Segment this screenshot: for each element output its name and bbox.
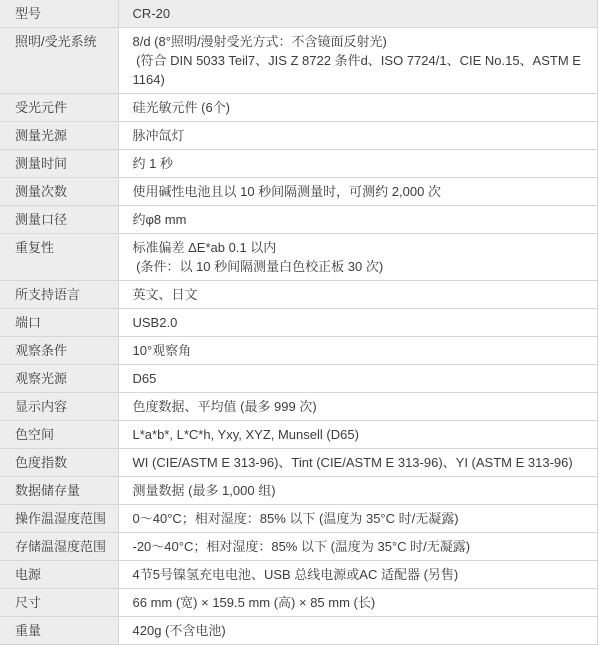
spec-value-line: D65 [133,369,586,388]
spec-label: 重量 [0,617,118,645]
spec-value: 4节5号镍氢充电电池、USB 总线电源或AC 适配器 (另售) [118,561,598,589]
spec-value: USB2.0 [118,309,598,337]
spec-value-line: 4节5号镍氢充电电池、USB 总线电源或AC 适配器 (另售) [133,565,586,584]
spec-value: 约 1 秒 [118,150,598,178]
spec-value: CR-20 [118,0,598,28]
table-row: 尺寸66 mm (宽) × 159.5 mm (高) × 85 mm (长) [0,589,598,617]
spec-value-line: 脉冲氙灯 [133,126,586,145]
spec-value-line: WI (CIE/ASTM E 313-96)、Tint (CIE/ASTM E … [133,453,586,472]
spec-label: 测量光源 [0,122,118,150]
table-row: 色度指数WI (CIE/ASTM E 313-96)、Tint (CIE/AST… [0,449,598,477]
spec-value: 0～40°C；相对湿度：85% 以下 (温度为 35°C 时/无凝露) [118,505,598,533]
table-row: 数据储存量测量数据 (最多 1,000 组) [0,477,598,505]
spec-value-line: USB2.0 [133,313,586,332]
spec-value-line: (条件：以 10 秒间隔测量白色校正板 30 次) [133,257,586,276]
spec-value: 色度数据、平均值 (最多 999 次) [118,393,598,421]
spec-value-line: 420g (不含电池) [133,621,586,640]
table-row: 所支持语言英文、日文 [0,281,598,309]
spec-label: 重复性 [0,234,118,281]
table-row: 显示内容色度数据、平均值 (最多 999 次) [0,393,598,421]
spec-value-line: 使用碱性电池且以 10 秒间隔测量时，可测约 2,000 次 [133,182,586,201]
spec-label: 数据储存量 [0,477,118,505]
product-specification-table: 型号CR-20照明/受光系统8/d (8°照明/漫射受光方式：不含镜面反射光) … [0,0,598,645]
spec-value-line: (符合 DIN 5033 Teil7、JIS Z 8722 条件d、ISO 77… [133,51,586,89]
table-row: 测量次数使用碱性电池且以 10 秒间隔测量时，可测约 2,000 次 [0,178,598,206]
spec-value-line: 英文、日文 [133,285,586,304]
spec-value: 脉冲氙灯 [118,122,598,150]
table-row: 重复性标准偏差 ΔE*ab 0.1 以内 (条件：以 10 秒间隔测量白色校正板… [0,234,598,281]
spec-value-line: L*a*b*, L*C*h, Yxy, XYZ, Munsell (D65) [133,425,586,444]
spec-value: 8/d (8°照明/漫射受光方式：不含镜面反射光) (符合 DIN 5033 T… [118,28,598,94]
spec-label: 色空间 [0,421,118,449]
spec-value-line: CR-20 [133,4,586,23]
spec-value: 约φ8 mm [118,206,598,234]
spec-value-line: 色度数据、平均值 (最多 999 次) [133,397,586,416]
spec-value: L*a*b*, L*C*h, Yxy, XYZ, Munsell (D65) [118,421,598,449]
table-row: 受光元件硅光敏元件 (6个) [0,94,598,122]
spec-value: 66 mm (宽) × 159.5 mm (高) × 85 mm (长) [118,589,598,617]
spec-label: 存储温湿度范围 [0,533,118,561]
spec-value-line: -20～40°C；相对湿度：85% 以下 (温度为 35°C 时/无凝露) [133,537,586,556]
spec-label: 型号 [0,0,118,28]
table-row: 色空间L*a*b*, L*C*h, Yxy, XYZ, Munsell (D65… [0,421,598,449]
table-row: 观察条件10°观察角 [0,337,598,365]
table-row: 观察光源D65 [0,365,598,393]
table-row: 端口USB2.0 [0,309,598,337]
spec-label: 色度指数 [0,449,118,477]
spec-label: 尺寸 [0,589,118,617]
spec-value: 硅光敏元件 (6个) [118,94,598,122]
table-row: 型号CR-20 [0,0,598,28]
spec-value-line: 标准偏差 ΔE*ab 0.1 以内 [133,238,586,257]
spec-label: 测量次数 [0,178,118,206]
table-row: 操作温湿度范围0～40°C；相对湿度：85% 以下 (温度为 35°C 时/无凝… [0,505,598,533]
spec-value: 英文、日文 [118,281,598,309]
spec-value: WI (CIE/ASTM E 313-96)、Tint (CIE/ASTM E … [118,449,598,477]
spec-label: 操作温湿度范围 [0,505,118,533]
spec-value-line: 10°观察角 [133,341,586,360]
spec-value: 10°观察角 [118,337,598,365]
spec-label: 测量口径 [0,206,118,234]
spec-value-line: 硅光敏元件 (6个) [133,98,586,117]
spec-value-line: 66 mm (宽) × 159.5 mm (高) × 85 mm (长) [133,593,586,612]
spec-label: 观察条件 [0,337,118,365]
table-row: 测量时间约 1 秒 [0,150,598,178]
spec-value-line: 8/d (8°照明/漫射受光方式：不含镜面反射光) [133,32,586,51]
spec-value: -20～40°C；相对湿度：85% 以下 (温度为 35°C 时/无凝露) [118,533,598,561]
spec-label: 端口 [0,309,118,337]
table-row: 重量420g (不含电池) [0,617,598,645]
spec-value-line: 约φ8 mm [133,210,586,229]
spec-value: 测量数据 (最多 1,000 组) [118,477,598,505]
spec-label: 所支持语言 [0,281,118,309]
spec-value-line: 测量数据 (最多 1,000 组) [133,481,586,500]
table-row: 电源4节5号镍氢充电电池、USB 总线电源或AC 适配器 (另售) [0,561,598,589]
spec-value: 使用碱性电池且以 10 秒间隔测量时，可测约 2,000 次 [118,178,598,206]
spec-label: 照明/受光系统 [0,28,118,94]
spec-value: 420g (不含电池) [118,617,598,645]
table-row: 存储温湿度范围-20～40°C；相对湿度：85% 以下 (温度为 35°C 时/… [0,533,598,561]
table-row: 测量光源脉冲氙灯 [0,122,598,150]
spec-label: 受光元件 [0,94,118,122]
spec-value-line: 0～40°C；相对湿度：85% 以下 (温度为 35°C 时/无凝露) [133,509,586,528]
table-row: 照明/受光系统8/d (8°照明/漫射受光方式：不含镜面反射光) (符合 DIN… [0,28,598,94]
spec-table-body: 型号CR-20照明/受光系统8/d (8°照明/漫射受光方式：不含镜面反射光) … [0,0,598,645]
spec-label: 显示内容 [0,393,118,421]
spec-value: 标准偏差 ΔE*ab 0.1 以内 (条件：以 10 秒间隔测量白色校正板 30… [118,234,598,281]
table-row: 测量口径约φ8 mm [0,206,598,234]
spec-value: D65 [118,365,598,393]
spec-label: 测量时间 [0,150,118,178]
spec-value-line: 约 1 秒 [133,154,586,173]
spec-label: 观察光源 [0,365,118,393]
spec-label: 电源 [0,561,118,589]
